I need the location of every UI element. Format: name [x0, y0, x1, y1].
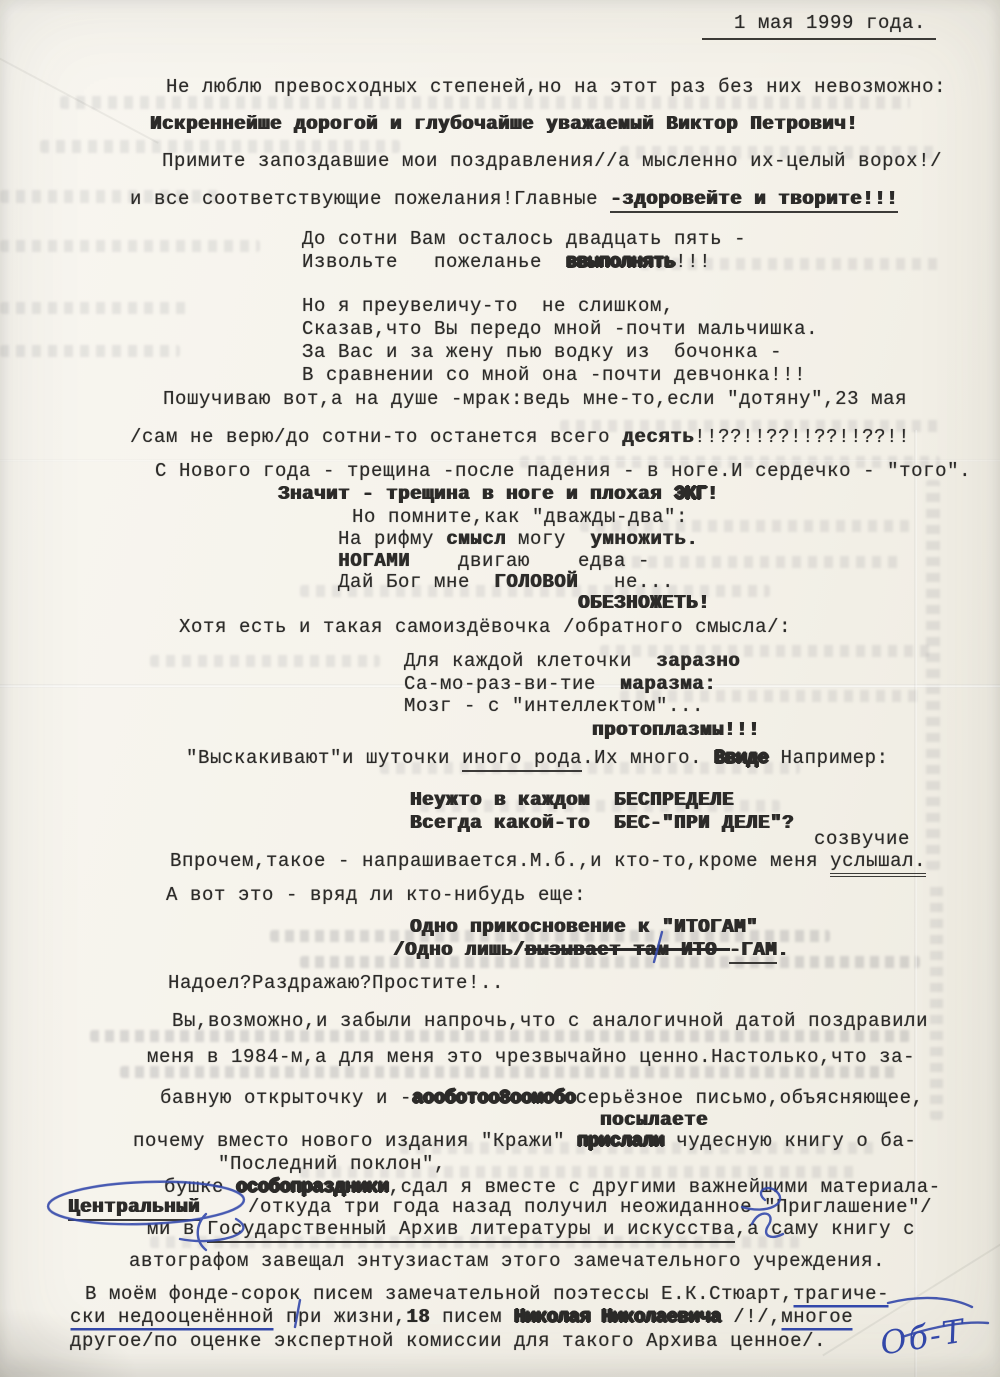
- verse-text: Са-мо-раз-ви-тие: [404, 673, 620, 695]
- verse1-line2: Извольте пожеланье ввыполнять!!!: [302, 251, 711, 273]
- para-joking: Пошучиваю вот,а на душе -мрак:ведь мне-т…: [163, 388, 907, 410]
- para-text: чудесную книгу о ба-: [664, 1130, 916, 1152]
- para-text: бушке: [164, 1176, 236, 1198]
- bleedthrough-ghost-vertical: [930, 880, 943, 1120]
- verse-text: не...: [578, 571, 674, 593]
- para-text: !!??!!??!!??!!??!!: [694, 426, 910, 448]
- verse3-line4: Дай Бог мне ГОЛОВОЙ не...: [338, 571, 674, 593]
- para-text: С Нового года - трещина -после падения -…: [155, 460, 971, 482]
- para-text: меня в 1984-м,а для меня это чрезвычайно…: [147, 1046, 915, 1068]
- bold-word: 18: [406, 1306, 430, 1328]
- salutation-text: Искреннейше дорогой и глубочайше уважаем…: [150, 113, 858, 135]
- para-selfmockery: Хотя есть и такая самоиздёвочка /обратно…: [179, 616, 791, 638]
- para-text: Например:: [769, 747, 889, 769]
- bold-word: маразма:: [620, 673, 716, 695]
- bleedthrough-ghost: [0, 302, 190, 314]
- para-krazha: почему вместо нового издания "Кражи" при…: [133, 1130, 916, 1152]
- bold-word: ГОЛОВОЙ: [494, 571, 578, 593]
- verse-text: могу: [506, 528, 590, 550]
- para-text: при жизни,: [274, 1306, 406, 1328]
- para-text: Хотя есть и такая самоиздёвочка /обратно…: [179, 616, 791, 638]
- para-autograph: автографом завещал энтузиастам этого зам…: [129, 1250, 885, 1272]
- struck-text: вызывает там ИТО-: [525, 939, 729, 961]
- para-text: В моём фонде-сорок писем замечательной п…: [85, 1283, 793, 1305]
- para-letters: ски недооценённой при жизни,18 писем Ник…: [70, 1306, 853, 1328]
- para-text: "Выскакивают"и шуточки: [186, 747, 462, 769]
- bold-word: десять: [622, 426, 694, 448]
- word-sozvuchie: созвучие: [814, 828, 910, 850]
- para-text: Пошучиваю вот,а на душе -мрак:ведь мне-т…: [163, 388, 907, 410]
- verse2-line2: Сказав,что Вы передо мной -почти мальчиш…: [302, 318, 818, 340]
- bleedthrough-ghost: [0, 240, 260, 252]
- verse-text: За Вас и за жену пью водку из бочонка -: [302, 341, 782, 363]
- bold-word: ОБЕЗНОЖЕТЬ!: [578, 592, 710, 614]
- overstruck-word: прислали: [577, 1130, 664, 1152]
- bold-word: протоплазмы!!!: [592, 719, 760, 741]
- bleedthrough-ghost-vertical: [926, 480, 940, 870]
- date-line: 1 мая 1999 года.: [702, 12, 936, 34]
- verse4-line2: Са-мо-раз-ви-тие маразма:: [404, 673, 716, 695]
- verse-text: Сказав,что Вы передо мной -почти мальчиш…: [302, 318, 818, 340]
- para-text: А вот это - вряд ли кто-нибудь еще:: [166, 884, 586, 906]
- verse3-line5: ОБЕЗНОЖЕТЬ!: [578, 592, 710, 614]
- overstruck-name: Николая Николаевича: [514, 1306, 721, 1328]
- verse-text: Для каждой клеточки: [404, 650, 656, 672]
- verse-text: Но помните,как "дважды-два":: [352, 506, 688, 528]
- underlined-phrase: иного рода: [462, 747, 582, 772]
- underlined-word: услышал.: [830, 850, 926, 877]
- verse-text: В сравнении со мной она -почти девчонка!…: [302, 364, 806, 386]
- verse5-line1: Неужто в каждом БЕСПРЕДЕЛЕ: [410, 789, 734, 811]
- typewritten-letter-page: 1 мая 1999 года. Не люблю превосходных с…: [0, 0, 1000, 1377]
- underlined-word: -ГАМ: [729, 939, 777, 964]
- underlined-phrase: Государственный Архив литературы и искус…: [207, 1218, 735, 1243]
- para-text: другое/по оценке экспертной комиссии для…: [70, 1330, 826, 1352]
- bold-text: !: [707, 483, 719, 505]
- bold-text: Значит - трещина в ноге и плохая: [278, 483, 674, 505]
- verse-text: двигаю едва -: [410, 550, 650, 572]
- para-text: .Их много.: [582, 747, 714, 769]
- verse3-line1: Но помните,как "дважды-два":: [352, 506, 688, 528]
- para-archive: ми в Государственный Архив литературы и …: [147, 1218, 915, 1240]
- para-forgot: Вы,возможно,и забыли напрочь,что с анало…: [172, 1010, 928, 1032]
- verse3-line2: На рифму смысл могу умножить.: [338, 528, 698, 550]
- para-salutation: Искреннейше дорогой и глубочайше уважаем…: [150, 113, 858, 135]
- para-text: Надоел?Раздражаю?Простите!..: [168, 972, 504, 994]
- verse6-line2: /Одно лишь/вызывает там ИТО--ГАМ.: [393, 939, 789, 961]
- scan-corner-shadow: [0, 1307, 140, 1377]
- para-newyear: С Нового года - трещина -после падения -…: [155, 460, 971, 482]
- para-text: Впрочем,такое - напрашивается.М.б.,и кто…: [170, 850, 830, 872]
- verse2-line3: За Вас и за жену пью водку из бочонка -: [302, 341, 782, 363]
- para-text: ,а саму книгу с: [735, 1218, 915, 1240]
- para-babushka: бушке особопраздники,сдал я вместе с дру…: [164, 1176, 941, 1198]
- wishes-underlined: -здоровейте и творите!!!: [610, 188, 898, 213]
- para-apology: Надоел?Раздражаю?Простите!..: [168, 972, 504, 994]
- para-text: Вы,возможно,и забыли напрочь,что с анало…: [172, 1010, 928, 1032]
- verse4-line1: Для каждой клеточки заразно: [404, 650, 740, 672]
- para-1984: меня в 1984-м,а для меня это чрезвычайно…: [147, 1046, 915, 1068]
- verse5-line2: Всегда какой-то БЕС-"ПРИ ДЕЛЕ"?: [410, 812, 794, 834]
- bold-text: Неужто в каждом БЕСПРЕДЕЛЕ: [410, 789, 734, 811]
- para-text: автографом завещал энтузиастам этого зам…: [129, 1250, 885, 1272]
- para-diagnosis: Значит - трещина в ноге и плохая ЭКГ!: [278, 483, 719, 505]
- verse-text: Дай Бог мне: [338, 571, 494, 593]
- margin-word-centralny: Центральный: [68, 1196, 200, 1218]
- date-text: 1 мая 1999 года.: [702, 12, 936, 40]
- para-postcard: бавную открыточку и -аооботоо8оомобосерь…: [160, 1087, 924, 1109]
- para-text: /откуда три года назад получил неожиданн…: [248, 1196, 932, 1218]
- bleedthrough-ghost: [150, 655, 380, 667]
- verse2-line4: В сравнении со мной она -почти девчонка!…: [302, 364, 806, 386]
- para-heard: Впрочем,такое - напрашивается.М.б.,и кто…: [170, 850, 926, 872]
- bleedthrough-ghost: [0, 345, 180, 357]
- verse-text: !!!: [675, 251, 711, 273]
- verse6-line1: Одно прикосновение к "ИТОГАМ": [410, 916, 758, 938]
- verse-text: Мозг - с "интеллектом"...: [404, 695, 704, 717]
- verse3-line3: НОГАМИ двигаю едва -: [338, 550, 650, 572]
- para-fund: В моём фонде-сорок писем замечательной п…: [85, 1283, 889, 1305]
- handwriting-text: Об-Т: [878, 1312, 969, 1363]
- para-text: бавную открыточку и -: [160, 1087, 412, 1109]
- para-text: ми в: [147, 1218, 207, 1240]
- para-text: серьёзное письмо,объясняющее,: [576, 1087, 924, 1109]
- para-jokes: "Выскакивают"и шуточки иного рода.Их мно…: [186, 747, 889, 769]
- bold-word: умножить.: [590, 528, 698, 550]
- para-hardly: А вот это - вряд ли кто-нибудь еще:: [166, 884, 586, 906]
- bold-word: НОГАМИ: [338, 550, 410, 572]
- inserted-phrase-poklon: "Последний поклон",: [218, 1153, 446, 1175]
- para-hundred: /сам не верю/до сотни-то останется всего…: [130, 426, 910, 448]
- bold-word: смысл: [446, 528, 506, 550]
- congrats-text: Примите запоздавшие мои поздравления//а …: [162, 150, 942, 172]
- overstruck-word: Ввиде: [714, 747, 769, 769]
- bold-text: /Одно лишь/: [393, 939, 525, 961]
- overstruck-word: аооботоо8оомобо: [412, 1087, 576, 1109]
- pen-underlined-word: трагиче-: [793, 1283, 889, 1305]
- para-expert: другое/по оценке экспертной комиссии для…: [70, 1330, 826, 1352]
- para-text: писем: [430, 1306, 514, 1328]
- verse2-line1: Но я преувеличу-то не слишком,: [302, 295, 674, 317]
- para-congrats: Примите запоздавшие мои поздравления//а …: [162, 150, 942, 172]
- overstruck-word: ЭКГ: [674, 483, 707, 505]
- verse-text: На рифму: [338, 528, 446, 550]
- bold-text: .: [777, 939, 789, 961]
- para-text: почему вместо нового издания "Кражи": [133, 1130, 577, 1152]
- handwritten-verso-mark: Об-Т: [878, 1312, 969, 1363]
- verse-text: Извольте пожеланье: [302, 251, 566, 273]
- overstruck-word: ввыполнять: [566, 251, 675, 273]
- wishes-text: и все соответствующие пожелания!Главные: [130, 188, 610, 210]
- bold-text: Одно прикосновение к "ИТОГАМ": [410, 916, 758, 938]
- para-text: ,сдал я вместе с другими важнейшими мате…: [389, 1176, 941, 1198]
- para-text: /!/,: [721, 1306, 781, 1328]
- pen-underlined-word: многое: [781, 1306, 853, 1328]
- para-text: /сам не верю/до сотни-то останется всего: [130, 426, 622, 448]
- verse4-line3: Мозг - с "интеллектом"...: [404, 695, 704, 717]
- verse-text: Но я преувеличу-то не слишком,: [302, 295, 674, 317]
- inserted-word: созвучие: [814, 828, 910, 850]
- verse-text: До сотни Вам осталось двадцать пять -: [302, 228, 746, 250]
- bold-text: Всегда какой-то БЕС-"ПРИ ДЕЛЕ"?: [410, 812, 794, 834]
- para-otkuda: /откуда три года назад получил неожиданн…: [248, 1196, 932, 1218]
- verse1-line1: До сотни Вам осталось двадцать пять -: [302, 228, 746, 250]
- para-opening: Не люблю превосходных степеней,но на это…: [166, 76, 946, 98]
- bold-word: заразно: [656, 650, 740, 672]
- inserted-word: посылаете: [600, 1109, 708, 1131]
- overstruck-word: особопраздники: [236, 1176, 389, 1198]
- inserted-word-posylaete: посылаете: [600, 1109, 708, 1131]
- verse4-line4: протоплазмы!!!: [592, 719, 760, 741]
- inserted-word: "Последний поклон",: [218, 1153, 446, 1175]
- opening-text: Не люблю превосходных степеней,но на это…: [166, 76, 946, 98]
- para-wishes: и все соответствующие пожелания!Главные …: [130, 188, 898, 210]
